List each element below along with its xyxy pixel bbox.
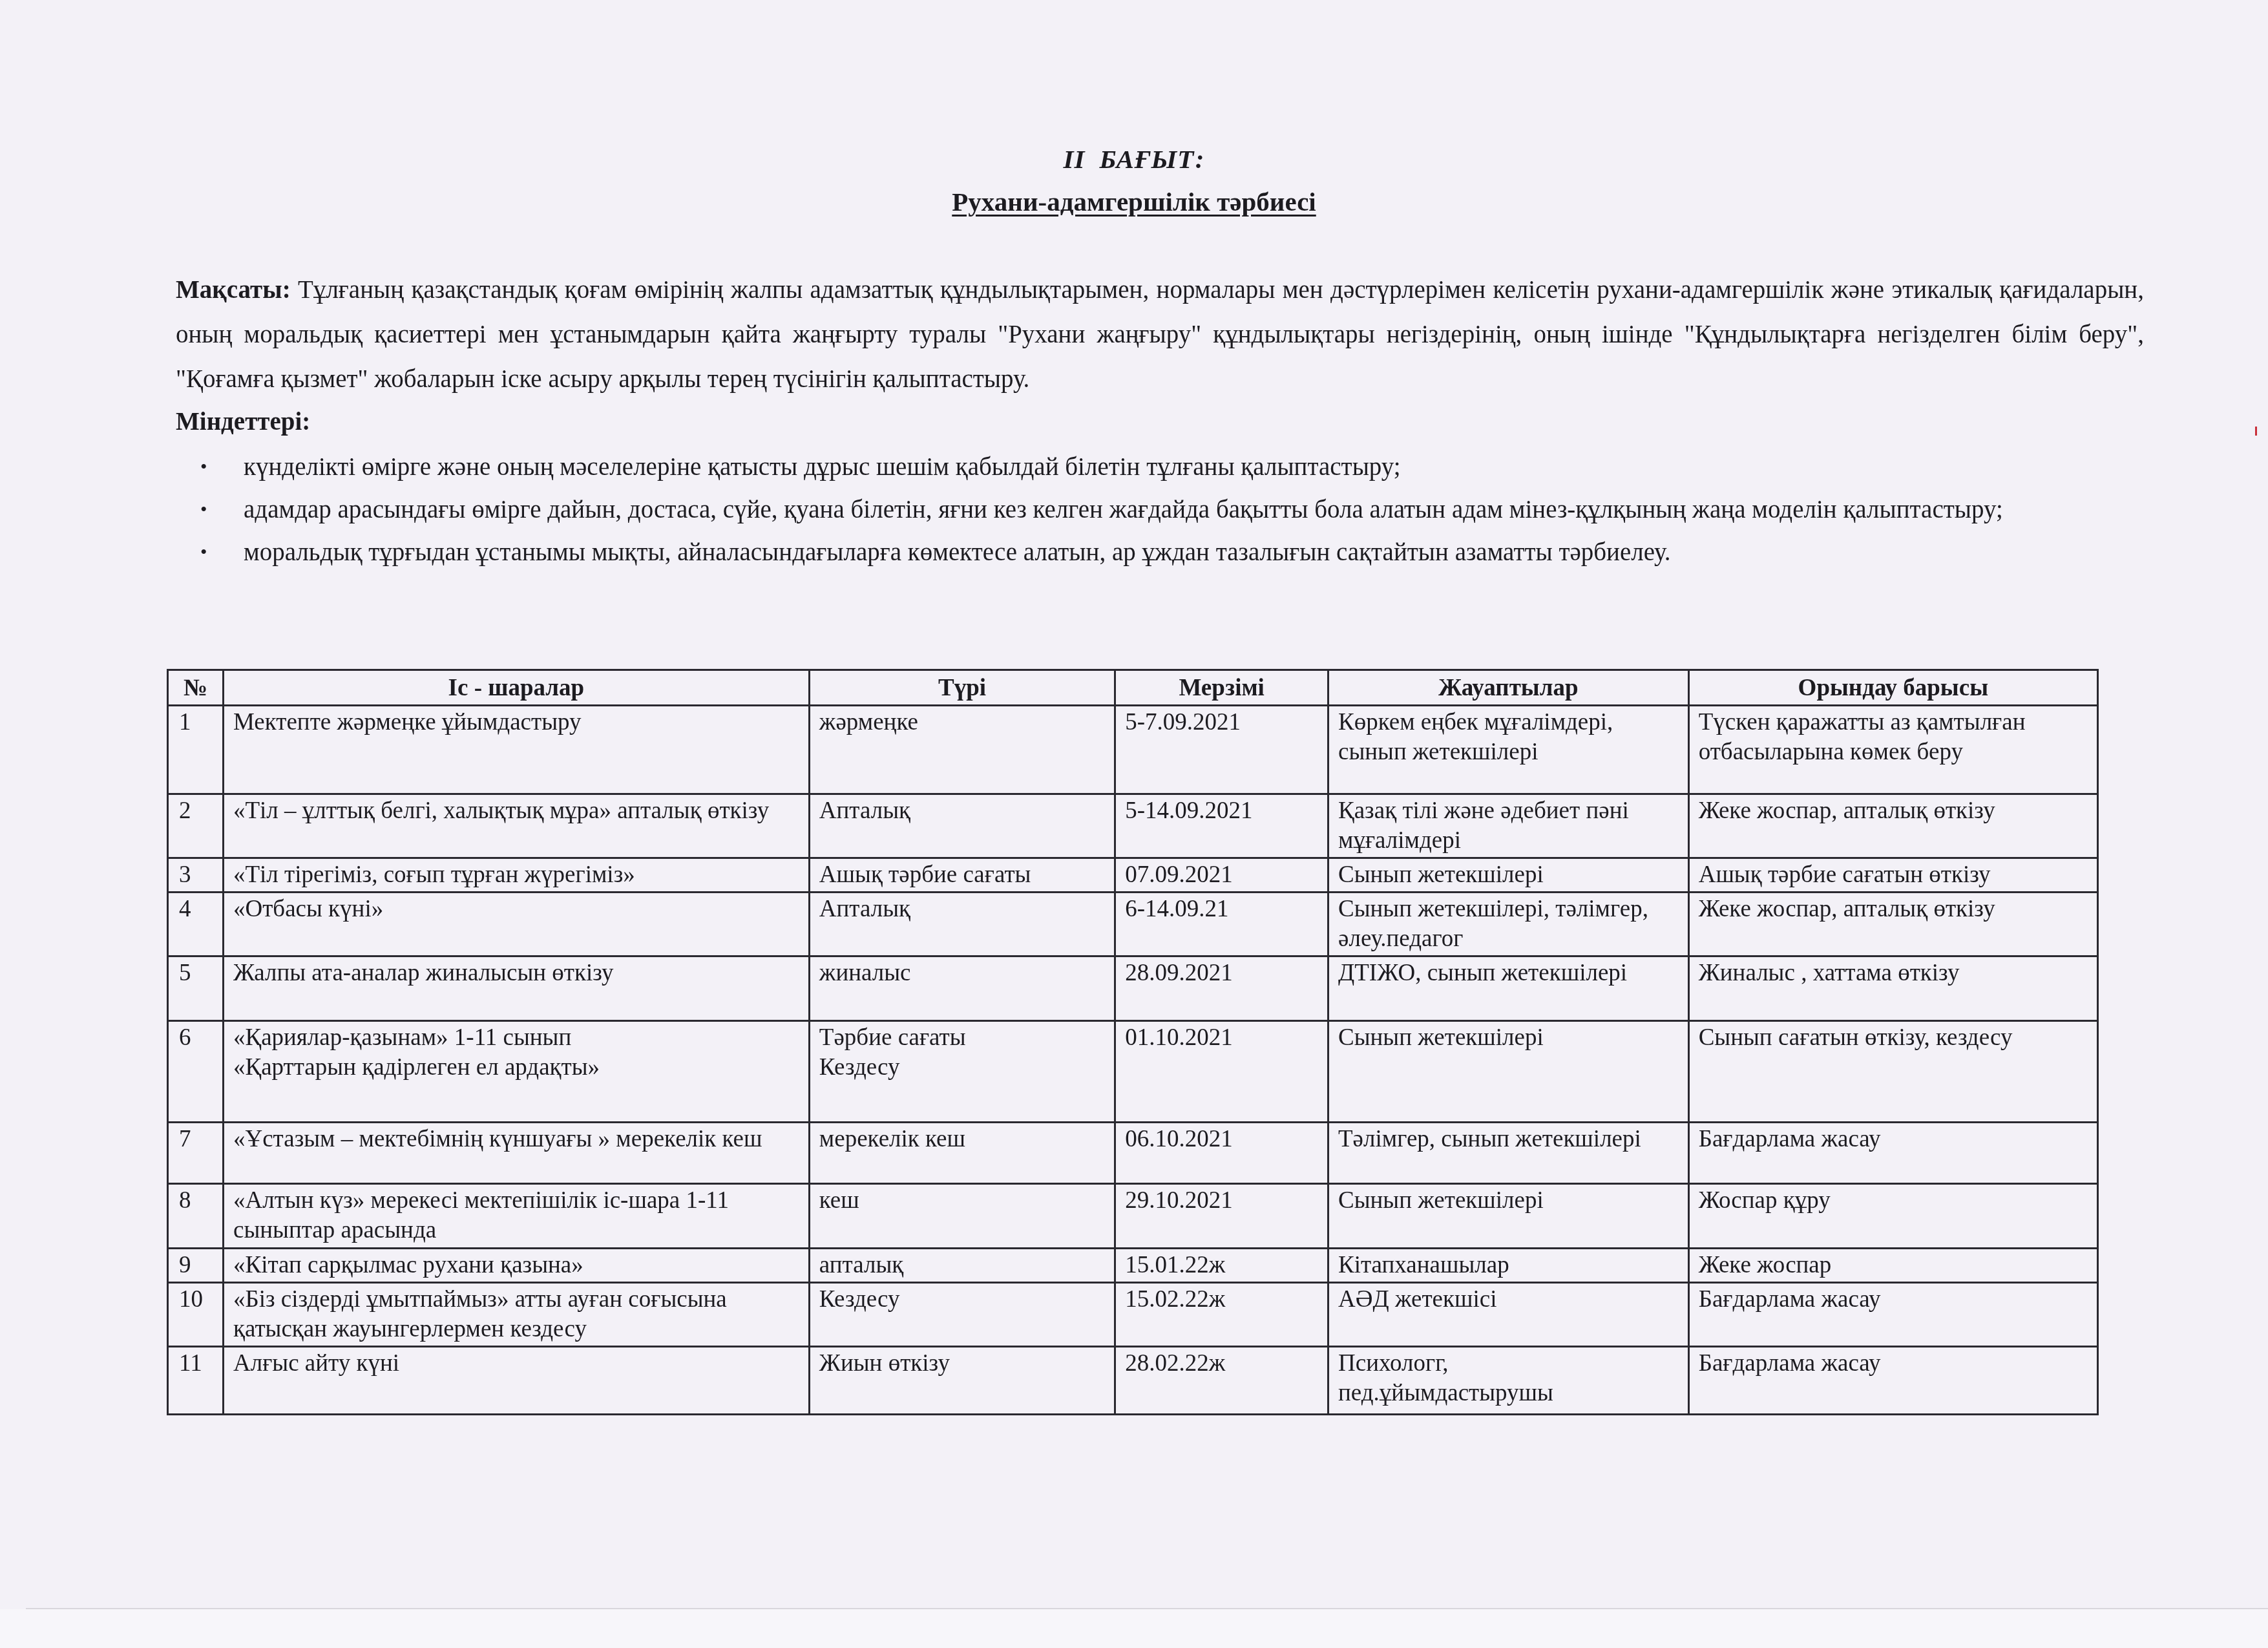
bullet-icon: • xyxy=(200,489,207,531)
section-subtitle: Рухани-адамгершілік тәрбиесі xyxy=(0,186,2268,217)
direction-title: БАҒЫТ: xyxy=(1099,144,1204,174)
table-row: 11Алғыс айту күніЖиын өткізу28.02.22жПси… xyxy=(168,1347,2098,1415)
cell-num: 7 xyxy=(168,1123,224,1184)
cell-event: «Тіл – ұлттық белгі, халықтық мұра» апта… xyxy=(223,794,809,858)
cell-event: «Біз сіздерді ұмытпаймыз» атты ауған соғ… xyxy=(223,1283,809,1347)
cell-date: 06.10.2021 xyxy=(1115,1123,1328,1184)
cell-result: Жеке жоспар, апталық өткізу xyxy=(1688,794,2097,858)
cell-date: 28.09.2021 xyxy=(1115,956,1328,1021)
cell-responsible: Сынып жетекшілері xyxy=(1328,1021,1689,1123)
cell-date: 01.10.2021 xyxy=(1115,1021,1328,1123)
cell-result: Жеке жоспар, апталық өткізу xyxy=(1688,893,2097,956)
cell-num: 9 xyxy=(168,1249,224,1283)
cell-result: Бағдарлама жасау xyxy=(1688,1347,2097,1415)
tasks-list: •күнделікті өмірге және оның мәселелерін… xyxy=(194,446,2145,574)
goal-paragraph: Мақсаты: Тұлғаның қазақстандық қоғам өмі… xyxy=(176,268,2144,401)
cell-event: «Отбасы күні» xyxy=(223,893,809,956)
cell-responsible: Көркем еңбек мұғалімдері, сынып жетекшіл… xyxy=(1328,706,1689,794)
direction-number: II xyxy=(1064,144,1086,174)
cell-result: Бағдарлама жасау xyxy=(1688,1283,2097,1347)
table-row: 3«Тіл тірегіміз, соғып тұрған жүрегіміз»… xyxy=(168,858,2098,893)
cell-responsible: Кітапханашылар xyxy=(1328,1249,1689,1283)
cell-responsible: Сынып жетекшілері xyxy=(1328,858,1689,893)
cell-result: Ашық тәрбие сағатын өткізу xyxy=(1688,858,2097,893)
cell-num: 4 xyxy=(168,893,224,956)
scanner-bed xyxy=(0,1609,2268,1648)
cell-date: 28.02.22ж xyxy=(1115,1347,1328,1415)
cell-responsible: ДТІЖО, сынып жетекшілері xyxy=(1328,956,1689,1021)
header-type: Түрі xyxy=(809,670,1115,706)
cell-responsible: Қазақ тілі және әдебиет пәні мұғалімдері xyxy=(1328,794,1689,858)
cell-event: «Ұстазым – мектебімнің күншуағы » мереке… xyxy=(223,1123,809,1184)
table-row: 6«Қариялар-қазынам» 1-11 сынып «Қарттары… xyxy=(168,1021,2098,1123)
scan-speck xyxy=(2255,427,2257,436)
cell-date: 15.01.22ж xyxy=(1115,1249,1328,1283)
task-item: •күнделікті өмірге және оның мәселелерін… xyxy=(194,446,2145,489)
cell-event: Мектепте жәрмеңке ұйымдастыру xyxy=(223,706,809,794)
cell-result: Жоспар құру xyxy=(1688,1184,2097,1249)
task-item: •адамдар арасындағы өмірге дайын, достас… xyxy=(194,489,2145,531)
cell-type: Апталық xyxy=(809,794,1115,858)
cell-date: 15.02.22ж xyxy=(1115,1283,1328,1347)
table-body: 1Мектепте жәрмеңке ұйымдастыружәрмеңке5-… xyxy=(168,706,2098,1415)
tasks-label: Міндеттері: xyxy=(176,407,310,436)
cell-event: Жалпы ата-аналар жиналысын өткізу xyxy=(223,956,809,1021)
cell-result: Түскен қаражатты аз қамтылған отбасылары… xyxy=(1688,706,2097,794)
cell-num: 5 xyxy=(168,956,224,1021)
table-row: 2«Тіл – ұлттық белгі, халықтық мұра» апт… xyxy=(168,794,2098,858)
table-row: 4«Отбасы күні»Апталық6-14.09.21Сынып жет… xyxy=(168,893,2098,956)
cell-type: Ашық тәрбие сағаты xyxy=(809,858,1115,893)
cell-event: «Қариялар-қазынам» 1-11 сынып «Қарттарын… xyxy=(223,1021,809,1123)
bullet-icon: • xyxy=(200,446,207,489)
table-row: 9«Кітап сарқылмас рухани қазына»апталық1… xyxy=(168,1249,2098,1283)
cell-type: жиналыс xyxy=(809,956,1115,1021)
cell-num: 6 xyxy=(168,1021,224,1123)
cell-type: жәрмеңке xyxy=(809,706,1115,794)
cell-event: «Тіл тірегіміз, соғып тұрған жүрегіміз» xyxy=(223,858,809,893)
header-date: Мерзімі xyxy=(1115,670,1328,706)
cell-type: Тәрбие сағаты Кездесу xyxy=(809,1021,1115,1123)
cell-num: 3 xyxy=(168,858,224,893)
events-table: № Іс - шаралар Түрі Мерзімі Жауаптылар О… xyxy=(167,669,2099,1415)
task-text: күнделікті өмірге және оның мәселелеріне… xyxy=(244,453,1401,481)
cell-result: Сынып сағатын өткізу, кездесу xyxy=(1688,1021,2097,1123)
cell-type: мерекелік кеш xyxy=(809,1123,1115,1184)
goal-text: Тұлғаның қазақстандық қоғам өмірінің жал… xyxy=(176,276,2144,393)
cell-result: Бағдарлама жасау xyxy=(1688,1123,2097,1184)
cell-responsible: Тәлімгер, сынып жетекшілері xyxy=(1328,1123,1689,1184)
cell-num: 8 xyxy=(168,1184,224,1249)
cell-num: 10 xyxy=(168,1283,224,1347)
table-row: 10«Біз сіздерді ұмытпаймыз» атты ауған с… xyxy=(168,1283,2098,1347)
cell-event: «Алтын күз» мерекесі мектепішілік іс-шар… xyxy=(223,1184,809,1249)
cell-date: 29.10.2021 xyxy=(1115,1184,1328,1249)
task-text: адамдар арасындағы өмірге дайын, достаса… xyxy=(244,496,2003,523)
goal-label: Мақсаты: xyxy=(176,276,291,304)
header-event: Іс - шаралар xyxy=(223,670,809,706)
task-item: •моральдық тұрғыдан ұстанымы мықты, айна… xyxy=(194,531,2145,574)
cell-responsible: АӘД жетекшісі xyxy=(1328,1283,1689,1347)
cell-num: 2 xyxy=(168,794,224,858)
header-responsible: Жауаптылар xyxy=(1328,670,1689,706)
cell-type: Кездесу xyxy=(809,1283,1115,1347)
cell-result: Жиналыс , хаттама өткізу xyxy=(1688,956,2097,1021)
cell-date: 6-14.09.21 xyxy=(1115,893,1328,956)
table-row: 8«Алтын күз» мерекесі мектепішілік іс-ша… xyxy=(168,1184,2098,1249)
task-text: моральдық тұрғыдан ұстанымы мықты, айнал… xyxy=(244,538,1670,566)
cell-event: Алғыс айту күні xyxy=(223,1347,809,1415)
cell-type: Апталық xyxy=(809,893,1115,956)
cell-event: «Кітап сарқылмас рухани қазына» xyxy=(223,1249,809,1283)
cell-date: 5-14.09.2021 xyxy=(1115,794,1328,858)
table-row: 1Мектепте жәрмеңке ұйымдастыружәрмеңке5-… xyxy=(168,706,2098,794)
cell-responsible: Сынып жетекшілері, тәлімгер, әлеу.педаго… xyxy=(1328,893,1689,956)
cell-type: кеш xyxy=(809,1184,1115,1249)
cell-date: 5-7.09.2021 xyxy=(1115,706,1328,794)
cell-result: Жеке жоспар xyxy=(1688,1249,2097,1283)
table-row: 7«Ұстазым – мектебімнің күншуағы » мерек… xyxy=(168,1123,2098,1184)
cell-responsible: Сынып жетекшілері xyxy=(1328,1184,1689,1249)
table-header-row: № Іс - шаралар Түрі Мерзімі Жауаптылар О… xyxy=(168,670,2098,706)
bullet-icon: • xyxy=(200,531,207,574)
header-result: Орындау барысы xyxy=(1688,670,2097,706)
table-row: 5Жалпы ата-аналар жиналысын өткізужиналы… xyxy=(168,956,2098,1021)
cell-num: 11 xyxy=(168,1347,224,1415)
cell-date: 07.09.2021 xyxy=(1115,858,1328,893)
header-num: № xyxy=(168,670,224,706)
cell-type: Жиын өткізу xyxy=(809,1347,1115,1415)
direction-heading: IIБАҒЫТ: xyxy=(0,143,2268,174)
cell-num: 1 xyxy=(168,706,224,794)
cell-type: апталық xyxy=(809,1249,1115,1283)
cell-responsible: Психологг, пед.ұйымдастырушы xyxy=(1328,1347,1689,1415)
